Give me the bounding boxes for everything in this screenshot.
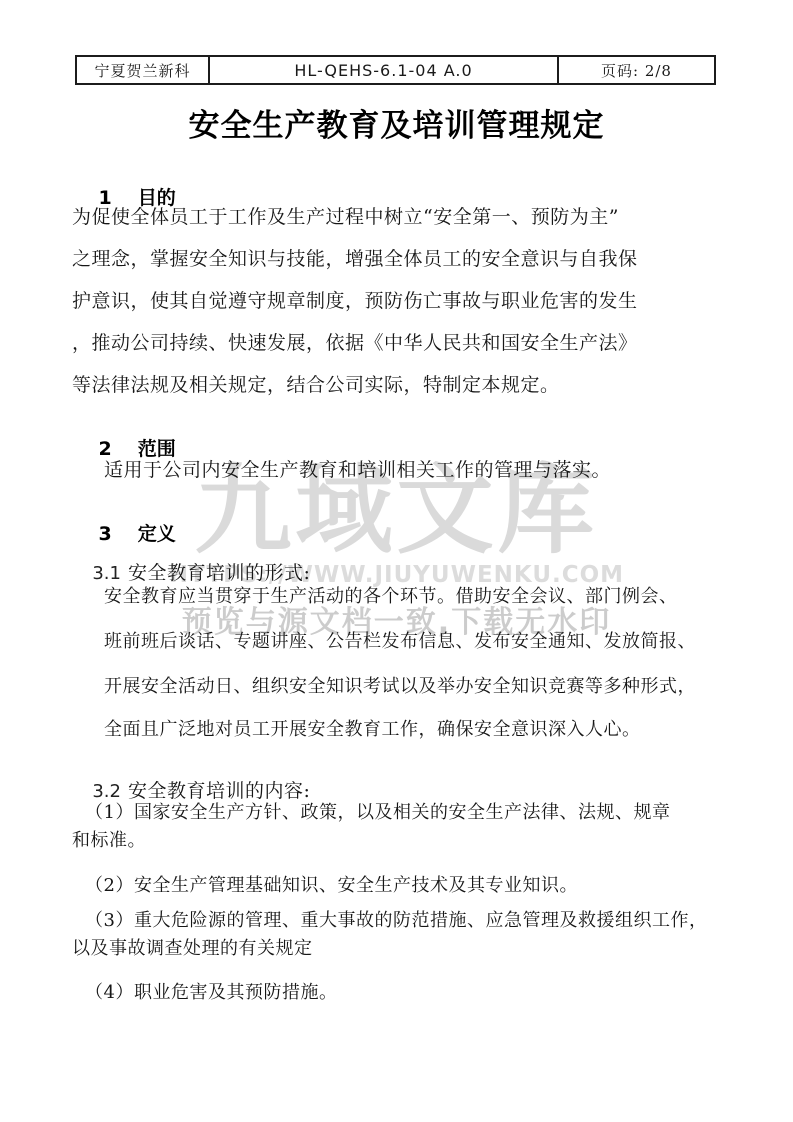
header-table: 宁夏贺兰新科 HL-QEHS-6.1-04 A.0 页码: 2/8 [75,55,716,85]
subsection-3-1-number: 3.1 [92,563,121,584]
subsection-3-1-label: 安全教育培训的形式: [128,562,310,584]
header-cell-company: 宁夏贺兰新科 [77,57,208,83]
list-item-3-cont: 以及事故调查处理的有关规定 [72,939,313,960]
body-line: 之理念，掌握安全知识与技能，增强全体员工的安全意识与自我保 [72,249,638,271]
header-cell-doc-number: HL-QEHS-6.1-04 A.0 [208,57,557,83]
body-line: 适用于公司内安全生产教育和培训相关工作的管理与落实。 [104,460,611,482]
list-item-1: （1）国家安全生产方针、政策，以及相关的安全生产法律、法规、规章 [85,803,670,824]
body-line: ，推动公司持续、快速发展，依据《中华人民共和国安全生产法》 [72,333,638,355]
header-cell-page-number: 页码: 2/8 [557,57,714,83]
list-item-1-cont: 和标准。 [72,831,146,852]
body-line: 安全教育应当贯穿于生产活动的各个环节。借助安全会议、部门例会、 [104,587,678,608]
list-item-4: （4）职业危害及其预防措施。 [85,983,337,1004]
subsection-3-2-label: 安全教育培训的内容: [128,780,310,802]
list-item-2: （2）安全生产管理基础知识、安全生产技术及其专业知识。 [85,876,578,897]
body-line: 全面且广泛地对员工开展安全教育工作，确保安全意识深入人心。 [104,720,641,741]
list-item-3: （3）重大危险源的管理、重大事故的防范措施、应急管理及救援组织工作， [85,911,707,932]
body-line: 护意识，使其自觉遵守规章制度，预防伤亡事故与职业危害的发生 [72,291,638,313]
section-3-label: 定义 [138,524,176,546]
section-2-label: 范围 [138,439,176,461]
body-line: 开展安全活动日、组织安全知识考试以及举办安全知识竞赛等多种形式， [104,677,696,698]
section-2-number: 2 [98,439,111,461]
section-3-number: 3 [98,524,111,546]
document-page: 九域文库 HTTPS://WWW.JIUYUWENKU.COM 预览与源文档一致… [0,0,793,1122]
body-line: 等法律法规及相关规定，结合公司实际，特制定本规定。 [72,375,560,397]
body-line: 为促使全体员工于工作及生产过程中树立“安全第一、预防为主” [72,207,619,229]
subsection-3-2-number: 3.2 [92,781,121,802]
body-line: 班前班后谈话、专题讲座、公告栏发布信息、发布安全通知、发放简报、 [104,632,696,653]
page-title: 安全生产教育及培训管理规定 [0,100,793,145]
